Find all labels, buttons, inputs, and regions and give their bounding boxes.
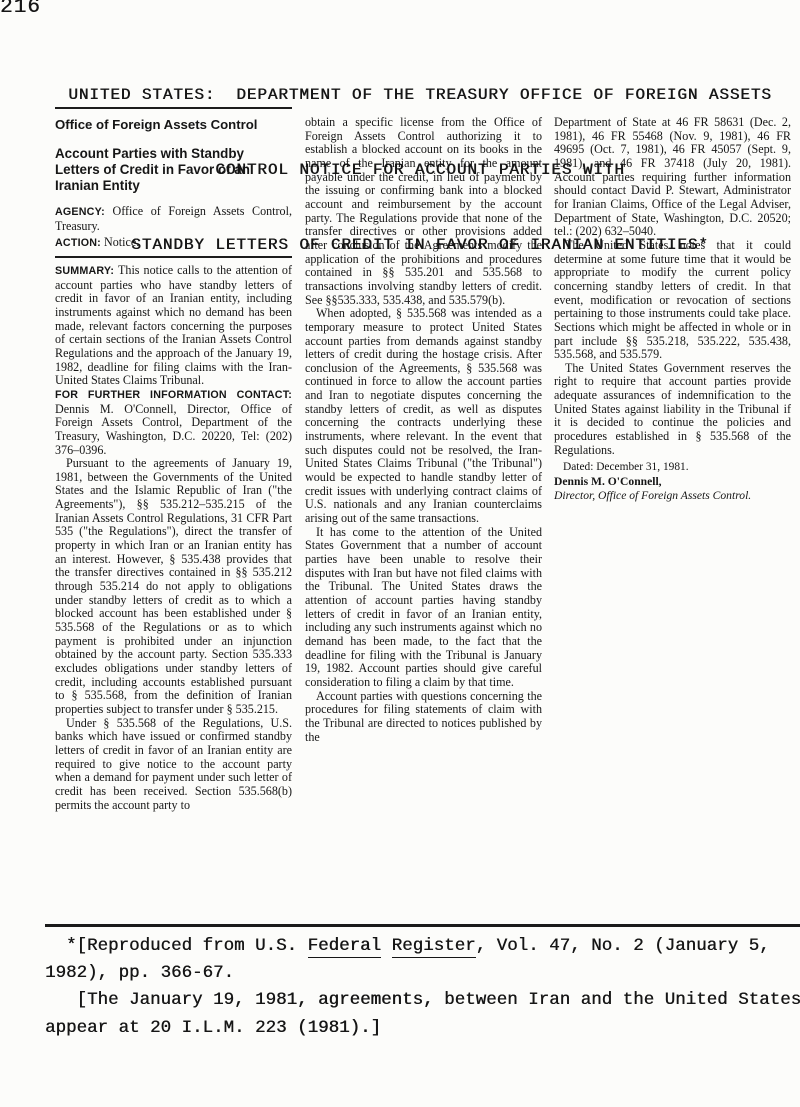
body-paragraph: When adopted, § 535.568 was intended as … xyxy=(305,307,542,526)
summary-text: This notice calls to the attention of ac… xyxy=(55,263,292,387)
body-paragraph: Account parties with questions concernin… xyxy=(305,690,542,745)
signature-title: Director, Office of Foreign Assets Contr… xyxy=(554,489,791,503)
agency-line: AGENCY: Office of Foreign Assets Control… xyxy=(55,205,292,233)
page-number: 216 xyxy=(0,0,41,19)
footnote: *[Reproduced from U.S. Federal Register,… xyxy=(45,933,800,1042)
footnote-divider xyxy=(45,924,800,927)
footnote-line-3: [The January 19, 1981, agreements, betwe… xyxy=(45,987,800,1014)
footnote-underlined-federal: Federal xyxy=(308,936,382,958)
footnote-source-prefix: *[Reproduced from U.S. xyxy=(45,936,308,956)
section-divider-mid xyxy=(55,256,292,258)
section-divider-top xyxy=(55,107,292,109)
footnote-underlined-register: Register xyxy=(392,936,476,958)
column-1: Office of Foreign Assets Control Account… xyxy=(55,103,292,812)
contact-label: FOR FURTHER INFORMATION CONTACT: xyxy=(55,389,292,401)
column-2: obtain a specific license from the Offic… xyxy=(305,103,542,744)
signature-name: Dennis M. O'Connell, xyxy=(554,475,791,489)
body-paragraph: obtain a specific license from the Offic… xyxy=(305,116,542,307)
office-heading: Office of Foreign Assets Control xyxy=(55,117,292,132)
action-label: ACTION: xyxy=(55,237,101,249)
body-paragraph: It has come to the attention of the Unit… xyxy=(305,526,542,690)
footnote-source-suffix: , Vol. 47, No. 2 (January 5, xyxy=(476,936,770,956)
contact-text: Dennis M. O'Connell, Director, Office of… xyxy=(55,402,292,457)
agency-label: AGENCY: xyxy=(55,206,105,218)
notice-heading: Account Parties with Standby Letters of … xyxy=(55,146,292,194)
document-page: 216 UNITED STATES: DEPARTMENT OF THE TRE… xyxy=(0,0,800,1107)
footnote-line-1: *[Reproduced from U.S. Federal Register,… xyxy=(45,933,800,960)
body-paragraph: The United States Government reserves th… xyxy=(554,362,791,458)
footnote-line-2: 1982), pp. 366-67. xyxy=(45,960,800,987)
body-paragraph: Pursuant to the agreements of January 19… xyxy=(55,457,292,716)
contact-paragraph: FOR FURTHER INFORMATION CONTACT: Dennis … xyxy=(55,388,292,457)
action-text: Notice. xyxy=(104,235,139,249)
action-line: ACTION: Notice. xyxy=(55,236,292,251)
dated-line: Dated: December 31, 1981. xyxy=(554,461,791,475)
body-paragraph: The United States notes that it could de… xyxy=(554,239,791,362)
body-paragraph: Department of State at 46 FR 58631 (Dec.… xyxy=(554,116,791,239)
footnote-line-4: appear at 20 I.L.M. 223 (1981).] xyxy=(45,1015,800,1042)
body-paragraph: Under § 535.568 of the Regulations, U.S.… xyxy=(55,717,292,813)
column-3: Department of State at 46 FR 58631 (Dec.… xyxy=(554,103,791,502)
summary-label: SUMMARY: xyxy=(55,265,114,277)
summary-paragraph: SUMMARY: This notice calls to the attent… xyxy=(55,264,292,388)
